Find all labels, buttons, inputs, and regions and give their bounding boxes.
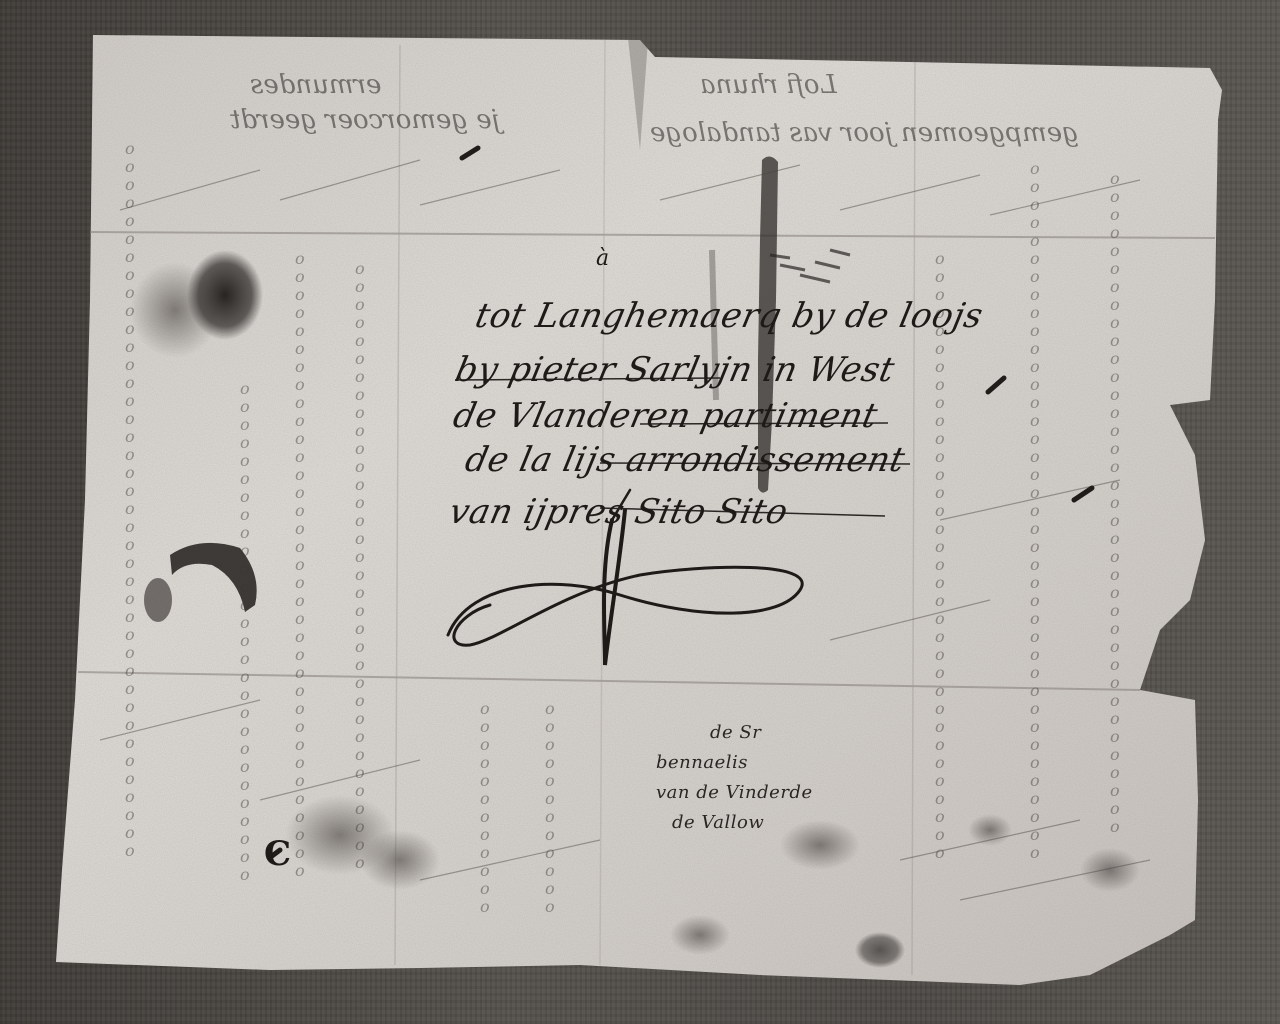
bleed-column: ooooooooooooooooooooooooooooooooooo [295,250,309,950]
bleed-column: oooooooooooo [480,700,494,940]
bleed-column: oooooooooooooooooooooooooooooooooo [355,260,369,940]
letter-photograph: ermundes je gemorcoer geerdt Lofi rhuna … [0,0,1280,1024]
bleed-column: oooooooooooooooooooooooooooooooooooooooo [125,140,139,940]
sender-line-4: de Vallow [672,812,764,833]
sender-line-2: bennaelis [656,752,748,773]
mirrored-text-top-left-2: je gemorcoer geerdt [230,105,500,135]
mirrored-text-top-right-1: Lofi rhuna [700,70,837,100]
sender-line-3: van de Vinderde [656,782,813,803]
address-line-3: de Vlanderen partiment [450,396,882,436]
bleed-column: oooooooooooo [545,700,559,940]
mirrored-text-top-left-1: ermundes [250,70,381,100]
address-prefix: à [596,246,610,271]
bleed-column: oooooooooooooooooooooooooooooooooo [935,250,949,930]
address-line-1: tot Langhemaerq by de loojs [472,296,987,336]
bleed-column: ooooooooooooooooooooooooooooooooooooo [1110,170,1124,910]
address-line-2: by pieter Sarlyjn in West [452,350,899,390]
sender-line-1: de Sr [710,722,761,743]
bleed-column: ooooooooooooooooooooooooooooooooooooooo [1030,160,1044,920]
margin-letter-mark: C [264,834,292,874]
bleed-column: oooooooooooooooooooooooooooo [240,380,254,940]
address-line-5: van ijpres Sito Sito [446,492,792,532]
mirrored-text-top-right-2: gempgeomen joor vas tandaloge [650,118,1079,148]
address-line-4: de la lijs arrondissement [462,440,909,480]
